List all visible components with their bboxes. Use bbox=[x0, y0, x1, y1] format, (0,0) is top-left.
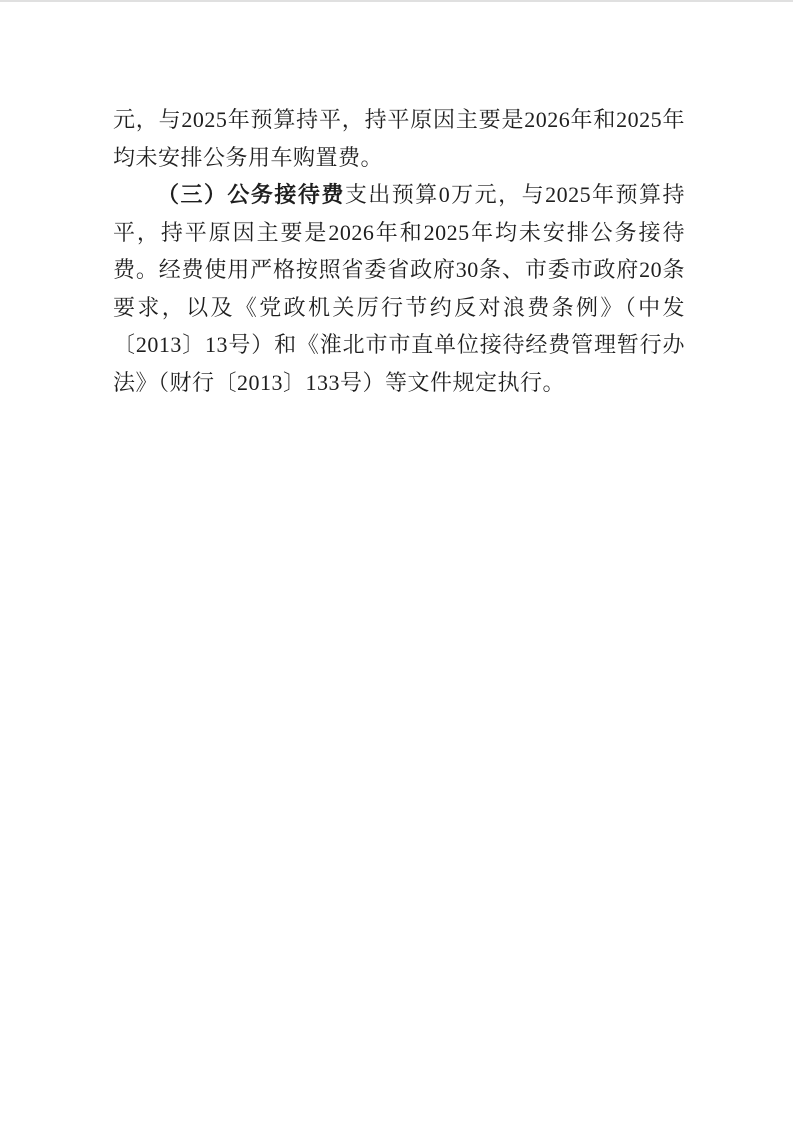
paragraph-text: 元，与2025年预算持平，持平原因主要是2026年和2025年均未安排公务用车购… bbox=[113, 107, 685, 170]
page-top-edge-line bbox=[0, 0, 793, 2]
paragraph-text: 支出预算0万元，与2025年预算持平，持平原因主要是2026年和2025年均未安… bbox=[113, 182, 685, 395]
paragraph-vehicle-expense: 元，与2025年预算持平，持平原因主要是2026年和2025年均未安排公务用车购… bbox=[113, 101, 685, 176]
document-body: 元，与2025年预算持平，持平原因主要是2026年和2025年均未安排公务用车购… bbox=[113, 101, 685, 401]
section-heading-text: （三）公务接待费 bbox=[157, 182, 345, 207]
paragraph-reception-expense: （三）公务接待费支出预算0万元，与2025年预算持平，持平原因主要是2026年和… bbox=[113, 176, 685, 401]
document-page: 元，与2025年预算持平，持平原因主要是2026年和2025年均未安排公务用车购… bbox=[0, 0, 793, 1122]
